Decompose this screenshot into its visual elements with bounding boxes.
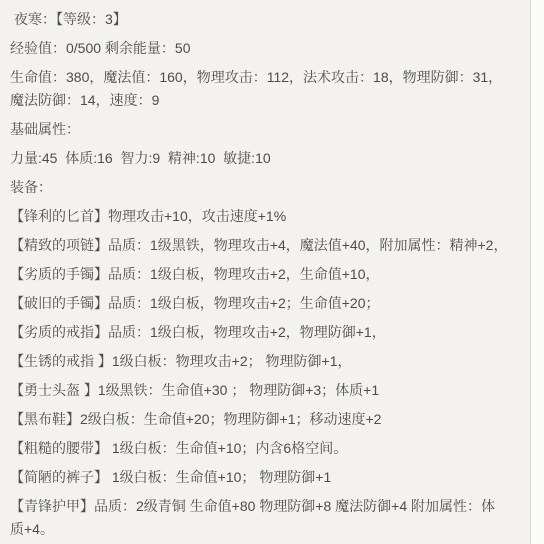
character-status-panel: 夜寒：【等级：3】 经验值：0/500 剩余能量：50 生命值：380，魔法值：… [10,8,508,544]
character-name-level: 夜寒：【等级：3】 [10,8,508,31]
scrollbar-track[interactable] [531,0,544,544]
equipment-item-dagger: 【锋利的匕首】物理攻击+10，攻击速度+1% [10,205,508,228]
equipment-title: 装备： [10,176,508,199]
equipment-item-helmet: 【勇士头盔 】1级黑铁：生命值+30 ； 物理防御+3；体质+1 [10,379,508,402]
equipment-item-ring-1: 【劣质的戒指】品质：1级白板，物理攻击+2，物理防御+1， [10,321,508,344]
base-attributes-line: 力量:45 体质:16 智力:9 精神:10 敏捷:10 [10,147,508,170]
experience-energy-line: 经验值：0/500 剩余能量：50 [10,37,508,60]
equipment-item-necklace: 【精致的项链】品质：1级黑铁，物理攻击+4，魔法值+40，附加属性：精神+2， [10,234,508,257]
equipment-item-pants: 【简陋的裤子】 1级白板：生命值+10； 物理防御+1 [10,466,508,489]
equipment-item-bracelet-2: 【破旧的手镯】品质：1级白板，物理攻击+2；生命值+20； [10,292,508,315]
equipment-item-shoes: 【黑布鞋】2级白板：生命值+20；物理防御+1；移动速度+2 [10,408,508,431]
combat-stats-line: 生命值：380，魔法值：160，物理攻击：112，法术攻击：18，物理防御：31… [10,66,508,112]
equipment-item-armor: 【青锋护甲】品质：2级青铜 生命值+80 物理防御+8 魔法防御+4 附加属性：… [10,495,508,541]
equipment-item-belt: 【粗糙的腰带】 1级白板：生命值+10；内含6格空间。 [10,437,508,460]
equipment-item-bracelet-1: 【劣质的手镯】品质：1级白板，物理攻击+2，生命值+10， [10,263,508,286]
base-attributes-title: 基础属性： [10,118,508,141]
equipment-item-ring-2: 【生锈的戒指 】1级白板：物理攻击+2； 物理防御+1， [10,350,508,373]
